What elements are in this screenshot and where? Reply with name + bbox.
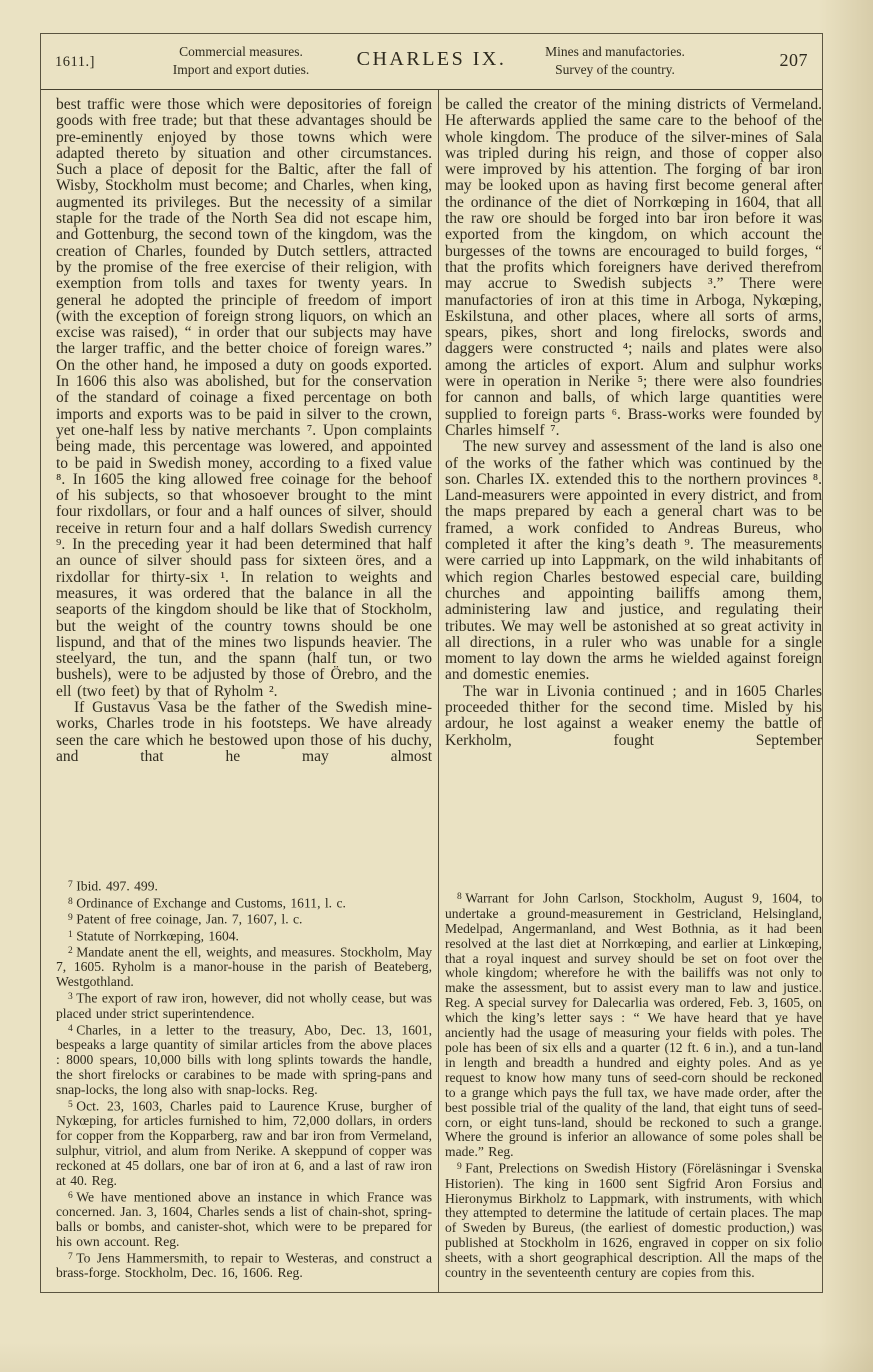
column-divider xyxy=(438,90,439,1292)
running-head-right: Mines and manufactories. Survey of the c… xyxy=(500,43,730,78)
footnote: 6We have mentioned above an instance in … xyxy=(56,1189,432,1250)
left-column-body: best traffic were those which were depos… xyxy=(56,97,432,765)
footnote: 1Statute of Norrkœping, 1604. xyxy=(56,928,432,944)
footnote-text: Oct. 23, 1603, Charles paid to Laurence … xyxy=(56,1098,432,1188)
footnote-marker: 9 xyxy=(457,1162,462,1172)
right-column-footnotes: 8Warrant for John Carlson, Stockholm, Au… xyxy=(445,890,822,1292)
right-column-body: be called the creator of the mining dist… xyxy=(445,97,822,749)
footnote-marker: 7 xyxy=(68,880,73,890)
footnote-marker: 4 xyxy=(68,1024,73,1034)
footnote: 2Mandate anent the ell, weights, and mea… xyxy=(56,944,432,990)
footnote: 8Ordinance of Exchange and Customs, 1611… xyxy=(56,895,432,911)
footnote-marker: 1 xyxy=(68,930,73,940)
footnote-text: We have mentioned above an instance in w… xyxy=(56,1189,432,1249)
running-head-left: Commercial measures. Import and export d… xyxy=(133,43,349,78)
footnote-marker: 6 xyxy=(68,1191,73,1201)
running-head-left-line2: Import and export duties. xyxy=(133,61,349,79)
running-head-right-line2: Survey of the country. xyxy=(500,61,730,79)
year-label: 1611.] xyxy=(55,54,95,71)
page-number: 207 xyxy=(780,50,809,71)
left-column-footnotes: 7Ibid. 497. 499. 8Ordinance of Exchange … xyxy=(56,878,432,1292)
footnote-text: Ordinance of Exchange and Customs, 1611,… xyxy=(76,895,346,910)
footnote: 5Oct. 23, 1603, Charles paid to Laurence… xyxy=(56,1098,432,1189)
running-head-right-line1: Mines and manufactories. xyxy=(500,43,730,61)
footnote-text: Fant, Prelections on Swedish History (Fö… xyxy=(445,1161,822,1280)
body-paragraph: If Gustavus Vasa be the father of the Sw… xyxy=(56,700,432,765)
body-paragraph: best traffic were those which were depos… xyxy=(56,97,432,700)
body-paragraph: be called the creator of the mining dist… xyxy=(445,97,822,439)
footnote-marker: 9 xyxy=(68,913,73,923)
body-paragraph: The new survey and assessment of the lan… xyxy=(445,439,822,683)
running-head-left-line1: Commercial measures. xyxy=(133,43,349,61)
page-header: 1611.] Commercial measures. Import and e… xyxy=(41,34,822,90)
footnote-marker: 2 xyxy=(68,946,73,956)
footnote-text: Warrant for John Carlson, Stockholm, Aug… xyxy=(445,891,822,1159)
footnote-text: Patent of free coinage, Jan. 7, 1607, l.… xyxy=(76,912,302,927)
footnote: 7To Jens Hammersmith, to repair to Weste… xyxy=(56,1250,432,1281)
footnote-text: The export of raw iron, however, did not… xyxy=(56,991,432,1021)
footnote: 9Patent of free coinage, Jan. 7, 1607, l… xyxy=(56,911,432,927)
footnote: 7Ibid. 497. 499. xyxy=(56,878,432,894)
page-edge-shading-bottom xyxy=(0,1342,873,1372)
footnote-marker: 5 xyxy=(68,1100,73,1110)
footnote: 9Fant, Prelections on Swedish History (F… xyxy=(445,1160,822,1281)
footnote: 3The export of raw iron, however, did no… xyxy=(56,990,432,1021)
footnote-text: To Jens Hammersmith, to repair to Wester… xyxy=(56,1250,432,1280)
footnote-marker: 8 xyxy=(68,897,73,907)
left-column: best traffic were those which were depos… xyxy=(56,90,432,1292)
footnote-marker: 8 xyxy=(457,892,462,902)
page-frame: 1611.] Commercial measures. Import and e… xyxy=(40,33,823,1293)
body-paragraph: The war in Livonia continued ; and in 16… xyxy=(445,684,822,749)
footnote: 4Charles, in a letter to the treasury, A… xyxy=(56,1022,432,1098)
footnote: 8Warrant for John Carlson, Stockholm, Au… xyxy=(445,890,822,1160)
right-column: be called the creator of the mining dist… xyxy=(445,90,822,1292)
footnote-text: Ibid. 497. 499. xyxy=(76,879,158,894)
footnote-text: Statute of Norrkœping, 1604. xyxy=(76,928,239,943)
footnote-marker: 7 xyxy=(68,1252,73,1262)
page-edge-shading-right xyxy=(818,0,873,1372)
footnote-marker: 3 xyxy=(68,992,73,1002)
footnote-text: Charles, in a letter to the treasury, Ab… xyxy=(56,1022,432,1097)
footnote-text: Mandate anent the ell, weights, and meas… xyxy=(56,945,432,990)
